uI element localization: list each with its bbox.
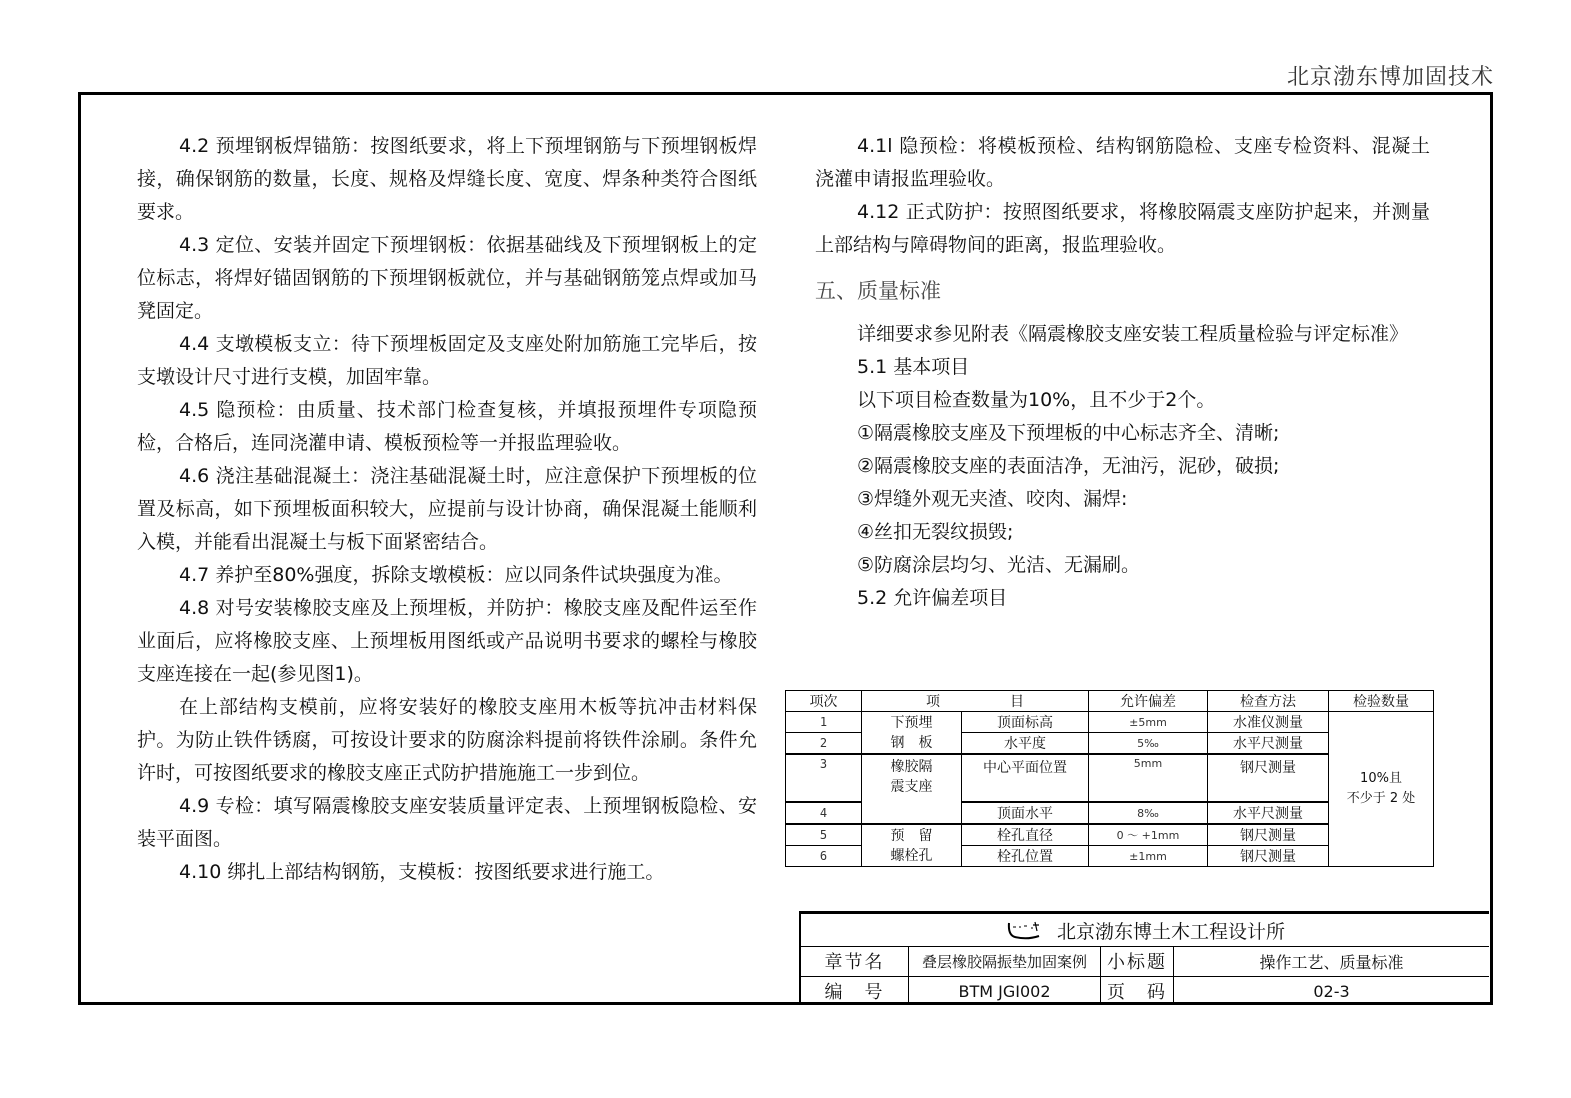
group-bolt-holes: 预 留螺栓孔 [862,824,962,867]
basic-item-line: 以下项目检查数量为10%，且不少于2个。 [815,384,1430,417]
quality-intro: 详细要求参见附表《隔震橡胶支座安装工程质量检验与评定标准》 [815,318,1430,351]
paragraph-protection: 在上部结构支模前，应将安装好的橡胶支座用木板等抗冲击材料保护。为防止铁件锈腐，可… [137,691,757,790]
group-rubber-bearing: 橡胶隔震支座 [862,754,962,824]
title-block-company-row: 北京渤东博土木工程设计所 [801,914,1489,947]
page-label: 页 码 [1101,977,1174,1005]
header-method: 检查方法 [1208,691,1329,712]
subsection-5-2-title: 5.2 允许偏差项目 [815,582,1430,615]
subtitle-value: 操作工艺、质量标准 [1174,946,1489,977]
chapter-value: 叠层橡胶隔振垫加固案例 [909,946,1101,977]
table-row: 1 下预埋钢 板 顶面标高 ±5mm 水准仪测量 10%且不少于 2 处 [786,712,1434,733]
chapter-label: 章节名 [801,946,909,977]
title-block: 北京渤东博土木工程设计所 章节名 叠层橡胶隔振垫加固案例 小标题 操作工艺、质量… [799,911,1489,1002]
header-index: 项次 [786,691,862,712]
paragraph-4-6: 4.6 浇注基础混凝土：浇注基础混凝土时，应注意保护下预埋板的位置及标高，如下预… [137,460,757,559]
right-column: 4.1l 隐预检：将模板预检、结构钢筋隐检、支座专检资料、混凝土浇灌申请报监理验… [815,130,1430,615]
paragraph-4-7: 4.7 养护至80%强度，拆除支墩模板：应以同条件试块强度为准。 [137,559,757,592]
paragraph-4-10: 4.10 绑扎上部结构钢筋，支模板：按图纸要求进行施工。 [137,856,757,889]
paragraph-4-9: 4.9 专检：填写隔震橡胶支座安装质量评定表、上预埋钢板隐检、安装平面图。 [137,790,757,856]
paragraph-4-11: 4.1l 隐预检：将模板预检、结构钢筋隐检、支座专检资料、混凝土浇灌申请报监理验… [815,130,1430,196]
basic-item-line: ①隔震橡胶支座及下预埋板的中心标志齐全、清晰; [815,417,1430,450]
basic-item-line: ⑤防腐涂层均匀、光洁、无漏刷。 [815,549,1430,582]
group-lower-plate: 下预埋钢 板 [862,712,962,755]
basic-item-line: ②隔震橡胶支座的表面洁净，无油污，泥砂，破损; [815,450,1430,483]
header-brand: 北京渤东博加固技术 [1262,60,1494,91]
paragraph-4-3: 4.3 定位、安装并固定下预埋钢板：依据基础线及下预埋钢板上的定位标志，将焊好锚… [137,229,757,328]
table-header-row: 项次 项目 允许偏差 检查方法 检验数量 [786,691,1434,712]
header-quantity: 检验数量 [1329,691,1434,712]
code-value: BTM JGI002 [909,977,1101,1005]
paragraph-4-5: 4.5 隐预检：由质量、技术部门检查复核，并填报预埋件专项隐预检，合格后，连同浇… [137,394,757,460]
company-name: 北京渤东博土木工程设计所 [1057,917,1285,944]
basic-item-line: ④丝扣无裂纹损毁; [815,516,1430,549]
code-label: 编 号 [801,977,909,1005]
tolerance-table: 项次 项目 允许偏差 检查方法 检验数量 1 下预埋钢 板 顶面标高 ±5mm … [785,690,1434,867]
company-logo-icon [1005,919,1045,941]
basic-item-line: ③焊缝外观无夹渣、咬肉、漏焊: [815,483,1430,516]
inspection-quantity: 10%且不少于 2 处 [1329,712,1434,867]
paragraph-4-8: 4.8 对号安装橡胶支座及上预埋板，并防护：橡胶支座及配件运至作业面后，应将橡胶… [137,592,757,691]
section-title-quality: 五、质量标准 [815,275,1430,308]
paragraph-4-12: 4.12 正式防护：按照图纸要求，将橡胶隔震支座防护起来，并测量上部结构与障碍物… [815,196,1430,262]
page-number: 02-3 [1174,977,1489,1005]
subsection-5-1-title: 5.1 基本项目 [815,351,1430,384]
paragraph-4-2: 4.2 预埋钢板焊锚筋：按图纸要求，将上下预埋钢筋与下预埋钢板焊接，确保钢筋的数… [137,130,757,229]
subtitle-label: 小标题 [1101,946,1174,977]
header-tolerance: 允许偏差 [1089,691,1208,712]
header-item: 项目 [862,691,1089,712]
left-column: 4.2 预埋钢板焊锚筋：按图纸要求，将上下预埋钢筋与下预埋钢板焊接，确保钢筋的数… [137,130,757,889]
paragraph-4-4: 4.4 支墩模板支立：待下预埋板固定及支座处附加筋施工完毕后，按支墩设计尺寸进行… [137,328,757,394]
